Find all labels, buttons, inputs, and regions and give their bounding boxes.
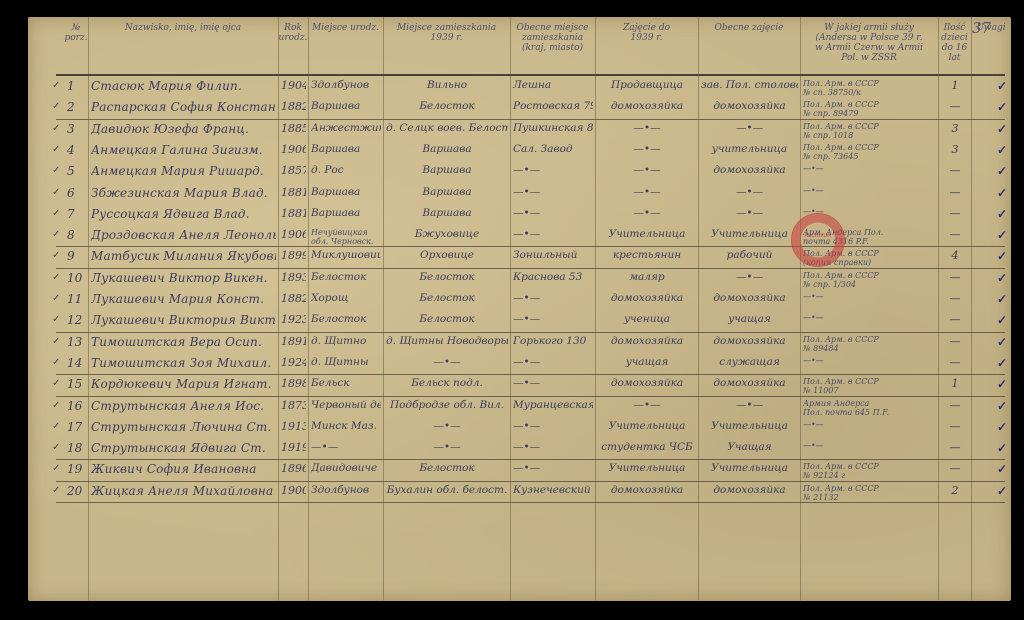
- cell-army: Пол. Арм. в СССР № 21132: [803, 484, 936, 502]
- cell-year: 1882: [281, 292, 306, 305]
- cell-current-residence: Ростовская 79: [513, 100, 593, 112]
- cell-current-occupation: домохозяйка: [701, 292, 798, 304]
- cell-current-occupation: домохозяйка: [701, 335, 798, 347]
- left-check-mark: ✓: [52, 442, 60, 453]
- cell-residence-1939: —•—: [386, 441, 508, 453]
- cell-year: 1906: [281, 143, 306, 156]
- cell-num: 5: [67, 164, 86, 178]
- cell-occupation-1939: домохозяйка: [598, 100, 696, 112]
- cell-residence-1939: Белосток: [386, 100, 508, 112]
- cell-current-residence: —•—: [513, 186, 593, 198]
- cell-num: 14: [67, 356, 86, 370]
- row-underline: [56, 374, 1005, 375]
- cell-year: 1882: [281, 100, 306, 113]
- cell-children: —: [941, 441, 969, 454]
- cell-num: 16: [67, 399, 86, 413]
- cell-birthplace: д. Щитно: [311, 335, 381, 347]
- cell-current-occupation: домохозяйка: [701, 164, 798, 176]
- cell-current-residence: Кузнечевский Т.: [513, 484, 593, 496]
- cell-name: Кордюкевич Мария Игнат.: [91, 377, 276, 391]
- cell-num: 19: [67, 462, 86, 476]
- cell-current-residence: Муранцевская 4: [513, 399, 593, 411]
- cell-year: 1873: [281, 399, 306, 412]
- cell-current-occupation: домохозяйка: [701, 377, 798, 389]
- remarks-check-mark: ✓: [997, 335, 1007, 349]
- left-check-mark: ✓: [52, 187, 60, 198]
- cell-num: 2: [67, 100, 86, 114]
- cell-army: Пол. Арм. в СССР № спр. 1018: [803, 122, 936, 140]
- column-divider: [800, 17, 801, 601]
- remarks-check-mark: ✓: [997, 228, 1007, 242]
- column-header-name: Nazwisko, imię, imię ojca: [88, 23, 278, 33]
- row-underline: [56, 502, 1005, 503]
- cell-num: 18: [67, 441, 86, 455]
- cell-current-residence: —•—: [513, 292, 593, 304]
- cell-num: 11: [67, 292, 86, 306]
- column-header-army: W jakiej armii służy (Andersa w Polsce 3…: [800, 23, 938, 63]
- cell-occupation-1939: крестьянин: [598, 249, 696, 261]
- cell-occupation-1939: маляр: [598, 271, 696, 283]
- cell-birthplace: Варшава: [311, 143, 381, 155]
- cell-num: 1: [67, 79, 86, 93]
- row-underline: [56, 268, 1005, 269]
- cell-occupation-1939: Учительница: [598, 420, 696, 432]
- left-check-mark: ✓: [52, 208, 60, 219]
- cell-occupation-1939: домохозяйка: [598, 377, 696, 389]
- cell-current-occupation: —•—: [701, 399, 798, 411]
- cell-children: 2: [941, 484, 969, 497]
- cell-army: —•—: [803, 186, 936, 195]
- cell-children: 1: [941, 377, 969, 390]
- remarks-check-mark: ✓: [997, 186, 1007, 200]
- cell-occupation-1939: —•—: [598, 164, 696, 176]
- column-header-occupation-1939: Zajęcie do 1939 r.: [595, 23, 698, 43]
- cell-children: —: [941, 207, 969, 220]
- cell-birthplace: Минск Маз.: [311, 420, 381, 432]
- cell-occupation-1939: Продавщица: [598, 79, 696, 91]
- row-underline: [56, 119, 1005, 120]
- cell-birthplace: Давидовиче: [311, 462, 381, 474]
- cell-children: —: [941, 100, 969, 113]
- cell-children: —: [941, 313, 969, 326]
- row-underline: [56, 332, 1005, 333]
- column-header-current-residence: Obecne miejsce zamieszkania (kraj, miast…: [510, 23, 595, 53]
- cell-year: 1906: [281, 228, 306, 241]
- cell-occupation-1939: —•—: [598, 399, 696, 411]
- cell-army: —•—: [803, 164, 936, 173]
- cell-birthplace: д. Рос: [311, 164, 381, 176]
- header-divider: [56, 74, 1005, 76]
- cell-birthplace: Варшава: [311, 186, 381, 198]
- remarks-check-mark: ✓: [997, 271, 1007, 285]
- remarks-check-mark: ✓: [997, 356, 1007, 370]
- cell-children: —: [941, 164, 969, 177]
- cell-name: Давидюк Юзефа Франц.: [91, 122, 276, 136]
- cell-year: 1919: [281, 441, 306, 454]
- cell-current-residence: —•—: [513, 356, 593, 368]
- cell-occupation-1939: —•—: [598, 122, 696, 134]
- cell-residence-1939: —•—: [386, 420, 508, 432]
- cell-occupation-1939: студентка ЧСБ: [598, 441, 696, 453]
- column-divider: [510, 17, 511, 601]
- row-underline: [56, 396, 1005, 397]
- cell-num: 12: [67, 313, 86, 327]
- column-divider: [308, 17, 309, 601]
- column-header-birthplace: Miejsce urodz.: [308, 23, 383, 33]
- cell-army: Пол. Арм. в СССР № спр. 89479: [803, 100, 936, 118]
- cell-year: 1899: [281, 249, 306, 262]
- cell-residence-1939: Орховице: [386, 249, 508, 261]
- cell-army: Пол. Арм. в СССР № спр. 73645: [803, 143, 936, 161]
- cell-current-occupation: домохозяйка: [701, 100, 798, 112]
- cell-name: Анмецкая Мария Ришард.: [91, 164, 276, 178]
- cell-current-residence: —•—: [513, 164, 593, 176]
- left-check-mark: ✓: [52, 293, 60, 304]
- cell-current-residence: —•—: [513, 207, 593, 219]
- cell-name: Распарская София Констант.: [91, 100, 276, 114]
- remarks-check-mark: ✓: [997, 462, 1007, 476]
- cell-birthplace: Анжестжинка: [311, 122, 381, 134]
- cell-name: Лукашевич Виктория Викт.: [91, 313, 276, 327]
- row-underline: [56, 481, 1005, 482]
- remarks-check-mark: ✓: [997, 420, 1007, 434]
- cell-children: —: [941, 292, 969, 305]
- cell-children: —: [941, 335, 969, 348]
- cell-occupation-1939: —•—: [598, 186, 696, 198]
- cell-army: —•—: [803, 420, 936, 429]
- cell-residence-1939: Бухалин обл. белост.: [386, 484, 508, 496]
- cell-name: Збжезинская Мария Влад.: [91, 186, 276, 200]
- cell-current-residence: Краснова 53: [513, 271, 593, 283]
- remarks-check-mark: ✓: [997, 292, 1007, 306]
- cell-residence-1939: Белосток: [386, 271, 508, 283]
- cell-year: 1891: [281, 335, 306, 348]
- cell-year: 1881: [281, 207, 306, 220]
- cell-name: Стасюк Мария Филип.: [91, 79, 276, 93]
- left-check-mark: ✓: [52, 144, 60, 155]
- cell-occupation-1939: Учительница: [598, 462, 696, 474]
- left-check-mark: ✓: [52, 250, 60, 261]
- cell-children: —: [941, 356, 969, 369]
- cell-current-residence: Горького 130: [513, 335, 593, 347]
- row-underline: [56, 459, 1005, 460]
- remarks-check-mark: ✓: [997, 313, 1007, 327]
- cell-year: 1898: [281, 377, 306, 390]
- cell-year: 1923: [281, 313, 306, 326]
- cell-children: 3: [941, 122, 969, 135]
- cell-birthplace: Варшава: [311, 100, 381, 112]
- cell-year: 1881: [281, 186, 306, 199]
- remarks-check-mark: ✓: [997, 143, 1007, 157]
- cell-residence-1939: Варшава: [386, 207, 508, 219]
- cell-name: Лукашевич Мария Конст.: [91, 292, 276, 306]
- cell-army: Пол. Арм. в СССР № 89484: [803, 335, 936, 353]
- cell-year: 1924: [281, 356, 306, 369]
- column-header-year: Rok urodz.: [278, 23, 308, 43]
- cell-current-residence: —•—: [513, 441, 593, 453]
- cell-army: —•—: [803, 356, 936, 365]
- remarks-check-mark: ✓: [997, 484, 1007, 498]
- left-check-mark: ✓: [52, 123, 60, 134]
- left-check-mark: ✓: [52, 357, 60, 368]
- cell-current-occupation: —•—: [701, 186, 798, 198]
- cell-occupation-1939: учащая: [598, 356, 696, 368]
- cell-current-occupation: Учительница: [701, 420, 798, 432]
- cell-current-occupation: рабочий: [701, 249, 798, 261]
- cell-year: 1893: [281, 271, 306, 284]
- cell-children: 3: [941, 143, 969, 156]
- cell-name: Лукашевич Виктор Викен.: [91, 271, 276, 285]
- cell-residence-1939: Подбродзе обл. Вил.: [386, 399, 508, 411]
- remarks-check-mark: ✓: [997, 441, 1007, 455]
- cell-children: 4: [941, 249, 969, 262]
- cell-children: 1: [941, 79, 969, 92]
- cell-current-residence: —•—: [513, 377, 593, 389]
- left-check-mark: ✓: [52, 80, 60, 91]
- column-header-current-occupation: Obecne zajęcie: [698, 23, 800, 33]
- cell-birthplace: Здолбунов: [311, 484, 381, 496]
- cell-occupation-1939: домохозяйка: [598, 484, 696, 496]
- cell-name: Струтынская Ядвига Ст.: [91, 441, 276, 455]
- remarks-check-mark: ✓: [997, 100, 1007, 114]
- cell-num: 9: [67, 249, 86, 263]
- cell-year: 1913: [281, 420, 306, 433]
- cell-children: —: [941, 420, 969, 433]
- cell-birthplace: д. Щитны: [311, 356, 381, 368]
- column-header-children: Ilość dzieci do 16 lat: [938, 23, 971, 63]
- cell-year: 1857: [281, 164, 306, 177]
- remarks-check-mark: ✓: [997, 79, 1007, 93]
- remarks-check-mark: ✓: [997, 207, 1007, 221]
- row-underline: [56, 246, 1005, 247]
- cell-residence-1939: Белосток: [386, 313, 508, 325]
- left-check-mark: ✓: [52, 400, 60, 411]
- cell-children: —: [941, 228, 969, 241]
- cell-num: 20: [67, 484, 86, 498]
- remarks-check-mark: ✓: [997, 249, 1007, 263]
- cell-residence-1939: Варшава: [386, 164, 508, 176]
- left-check-mark: ✓: [52, 101, 60, 112]
- cell-occupation-1939: —•—: [598, 207, 696, 219]
- cell-residence-1939: Бжуховице: [386, 228, 508, 240]
- cell-birthplace: Бельск: [311, 377, 381, 389]
- column-divider: [938, 17, 939, 601]
- cell-birthplace: Белосток: [311, 313, 381, 325]
- cell-current-occupation: Учительница: [701, 462, 798, 474]
- cell-army: Пол. Арм. в СССР № спр. 1/304: [803, 271, 936, 289]
- cell-current-occupation: зав. Пол. столовой: [701, 79, 798, 91]
- cell-current-occupation: —•—: [701, 207, 798, 219]
- cell-num: 3: [67, 122, 86, 136]
- cell-current-occupation: учительница: [701, 143, 798, 155]
- cell-year: 1896: [281, 462, 306, 475]
- cell-name: Струтынская Анеля Иос.: [91, 399, 276, 413]
- cell-current-occupation: Учительница: [701, 228, 798, 240]
- cell-residence-1939: Белосток: [386, 292, 508, 304]
- cell-name: Жиквич София Ивановна: [91, 462, 276, 476]
- cell-current-residence: Зоншльный: [513, 249, 593, 261]
- cell-occupation-1939: ученица: [598, 313, 696, 325]
- cell-current-occupation: служащая: [701, 356, 798, 368]
- cell-occupation-1939: Учительница: [598, 228, 696, 240]
- cell-current-residence: —•—: [513, 228, 593, 240]
- cell-name: Дроздовская Анеля Леонольд: [91, 228, 276, 242]
- cell-residence-1939: Бельск подл.: [386, 377, 508, 389]
- cell-army: —•—: [803, 313, 936, 322]
- cell-year: 1900: [281, 484, 306, 497]
- left-check-mark: ✓: [52, 314, 60, 325]
- remarks-check-mark: ✓: [997, 399, 1007, 413]
- column-divider: [278, 17, 279, 601]
- cell-children: —: [941, 462, 969, 475]
- cell-children: —: [941, 399, 969, 412]
- cell-num: 17: [67, 420, 86, 434]
- cell-occupation-1939: —•—: [598, 143, 696, 155]
- remarks-check-mark: ✓: [997, 122, 1007, 136]
- cell-army: Пол. Арм. в СССР № 92124 г: [803, 462, 936, 480]
- cell-name: Анмецкая Галина Зигизм.: [91, 143, 276, 157]
- cell-occupation-1939: домохозяйка: [598, 292, 696, 304]
- cell-residence-1939: д. Щитны Новодворы: [386, 335, 508, 347]
- cell-current-residence: —•—: [513, 313, 593, 325]
- cell-residence-1939: Варшава: [386, 186, 508, 198]
- cell-current-residence: Лешна: [513, 79, 593, 91]
- stamp-text: ARCHIVUM: [792, 233, 844, 239]
- left-check-mark: ✓: [52, 229, 60, 240]
- cell-year: 1904: [281, 79, 306, 92]
- cell-army: Пол. Арм. в СССР № 11007: [803, 377, 936, 395]
- cell-children: —: [941, 271, 969, 284]
- left-check-mark: ✓: [52, 463, 60, 474]
- cell-residence-1939: д. Селцк воев. Белост.: [386, 122, 508, 134]
- cell-current-occupation: —•—: [701, 271, 798, 283]
- cell-birthplace: Здолбунов: [311, 79, 381, 91]
- cell-birthplace: Нечуйвицкая обл. Черновск.: [311, 228, 381, 246]
- cell-birthplace: —•—: [311, 441, 381, 453]
- cell-current-occupation: домохозяйка: [701, 484, 798, 496]
- cell-residence-1939: Вильно: [386, 79, 508, 91]
- cell-birthplace: Хорощ: [311, 292, 381, 304]
- cell-birthplace: Миклушовице: [311, 249, 381, 261]
- cell-current-occupation: —•—: [701, 122, 798, 134]
- cell-current-occupation: Учащая: [701, 441, 798, 453]
- left-check-mark: ✓: [52, 378, 60, 389]
- cell-army: Армия Андерса Пол. почта 645 П.F.: [803, 399, 936, 417]
- cell-birthplace: Белосток: [311, 271, 381, 283]
- cell-current-residence: Пушкинская 8: [513, 122, 593, 134]
- cell-num: 13: [67, 335, 86, 349]
- remarks-check-mark: ✓: [997, 164, 1007, 178]
- cell-residence-1939: Белосток: [386, 462, 508, 474]
- cell-residence-1939: —•—: [386, 356, 508, 368]
- column-header-num: № porz.: [64, 23, 88, 43]
- left-check-mark: ✓: [52, 485, 60, 496]
- cell-num: 10: [67, 271, 86, 285]
- cell-name: Жицкая Анеля Михайловна: [91, 484, 276, 498]
- cell-birthplace: Варшава: [311, 207, 381, 219]
- cell-num: 7: [67, 207, 86, 221]
- left-check-mark: ✓: [52, 336, 60, 347]
- column-divider: [971, 17, 972, 601]
- cell-name: Матбусик Милания Якубовн.: [91, 249, 276, 263]
- cell-num: 8: [67, 228, 86, 242]
- cell-current-residence: Сал. Завод: [513, 143, 593, 155]
- left-check-mark: ✓: [52, 165, 60, 176]
- cell-army: —•—: [803, 292, 936, 301]
- cell-num: 4: [67, 143, 86, 157]
- cell-current-residence: —•—: [513, 462, 593, 474]
- archive-stamp: ARCHIVUM: [791, 213, 845, 267]
- column-divider: [698, 17, 699, 601]
- cell-num: 6: [67, 186, 86, 200]
- cell-name: Руссоцкая Ядвига Влад.: [91, 207, 276, 221]
- column-divider: [88, 17, 89, 601]
- left-check-mark: ✓: [52, 272, 60, 283]
- cell-occupation-1939: домохозяйка: [598, 335, 696, 347]
- cell-name: Тимошитская Зоя Михаил.: [91, 356, 276, 370]
- column-header-residence-1939: Miejsce zamieszkania 1939 r.: [383, 23, 510, 43]
- cell-army: —•—: [803, 441, 936, 450]
- cell-army: Пол. Арм. в СССР № сп. 38750/к: [803, 79, 936, 97]
- cell-name: Тимошитская Вера Осип.: [91, 335, 276, 349]
- archival-document-sheet: № porz.Nazwisko, imię, imię ojcaRok urod…: [28, 17, 1011, 601]
- cell-children: —: [941, 186, 969, 199]
- cell-year: 1885: [281, 122, 306, 135]
- remarks-check-mark: ✓: [997, 377, 1007, 391]
- cell-current-occupation: учащая: [701, 313, 798, 325]
- page-number: 37: [972, 19, 991, 37]
- cell-residence-1939: Варшава: [386, 143, 508, 155]
- cell-birthplace: Червоный двор: [311, 399, 381, 411]
- cell-num: 15: [67, 377, 86, 391]
- left-check-mark: ✓: [52, 421, 60, 432]
- column-divider: [383, 17, 384, 601]
- column-divider: [595, 17, 596, 601]
- cell-name: Струтынская Лючина Ст.: [91, 420, 276, 434]
- cell-current-residence: —•—: [513, 420, 593, 432]
